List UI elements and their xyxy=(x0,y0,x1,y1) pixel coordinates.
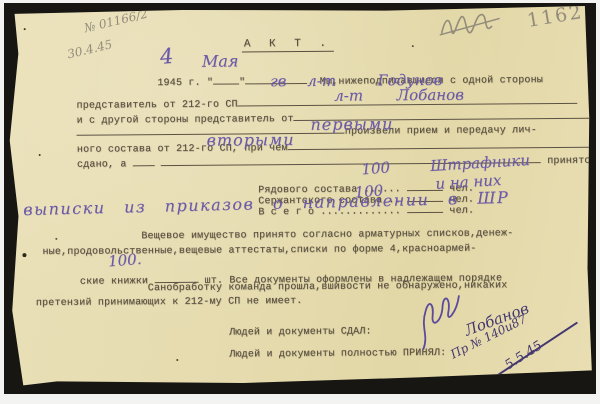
fill-in-rule xyxy=(154,273,198,283)
document-title: А К Т . xyxy=(242,38,334,53)
property-line-1: Вещевое имущество принято согласно армат… xyxy=(141,228,513,243)
fill-in-rule xyxy=(213,74,239,84)
property-line3a: ские книжки xyxy=(80,276,148,288)
pencil-archive-date: 30.4.45 xyxy=(66,37,114,61)
received-date: 5.5.45 xyxy=(502,338,545,373)
handwritten-count-private: 100 xyxy=(361,158,391,178)
handwritten-vtorymi: вторыми xyxy=(206,130,294,150)
handwritten-day: 4 xyxy=(159,44,175,69)
intro-line6a-text: сдано, а xyxy=(77,159,127,170)
pencil-scribble-crossed-out xyxy=(438,8,508,45)
signature-line-handed: Людей и документы СДАЛ: xyxy=(229,326,372,339)
fill-in-rule xyxy=(133,156,155,166)
handwritten-rank-name-2: л-т Лобанов xyxy=(334,86,464,105)
paper-specks xyxy=(24,28,26,30)
handwritten-pervymi: первыми xyxy=(310,114,393,134)
handwritten-month: Мая xyxy=(202,51,239,70)
handwritten-books-count: 100. xyxy=(107,250,142,271)
photo-frame: № 01166/2 30.4.45 1162 А К Т . 1945 г. "… xyxy=(0,0,600,404)
document-sheet: № 01166/2 30.4.45 1162 А К Т . 1945 г. "… xyxy=(8,4,593,387)
sanitation-line-2: претензий принимающих к 212-му СП не име… xyxy=(36,296,303,310)
